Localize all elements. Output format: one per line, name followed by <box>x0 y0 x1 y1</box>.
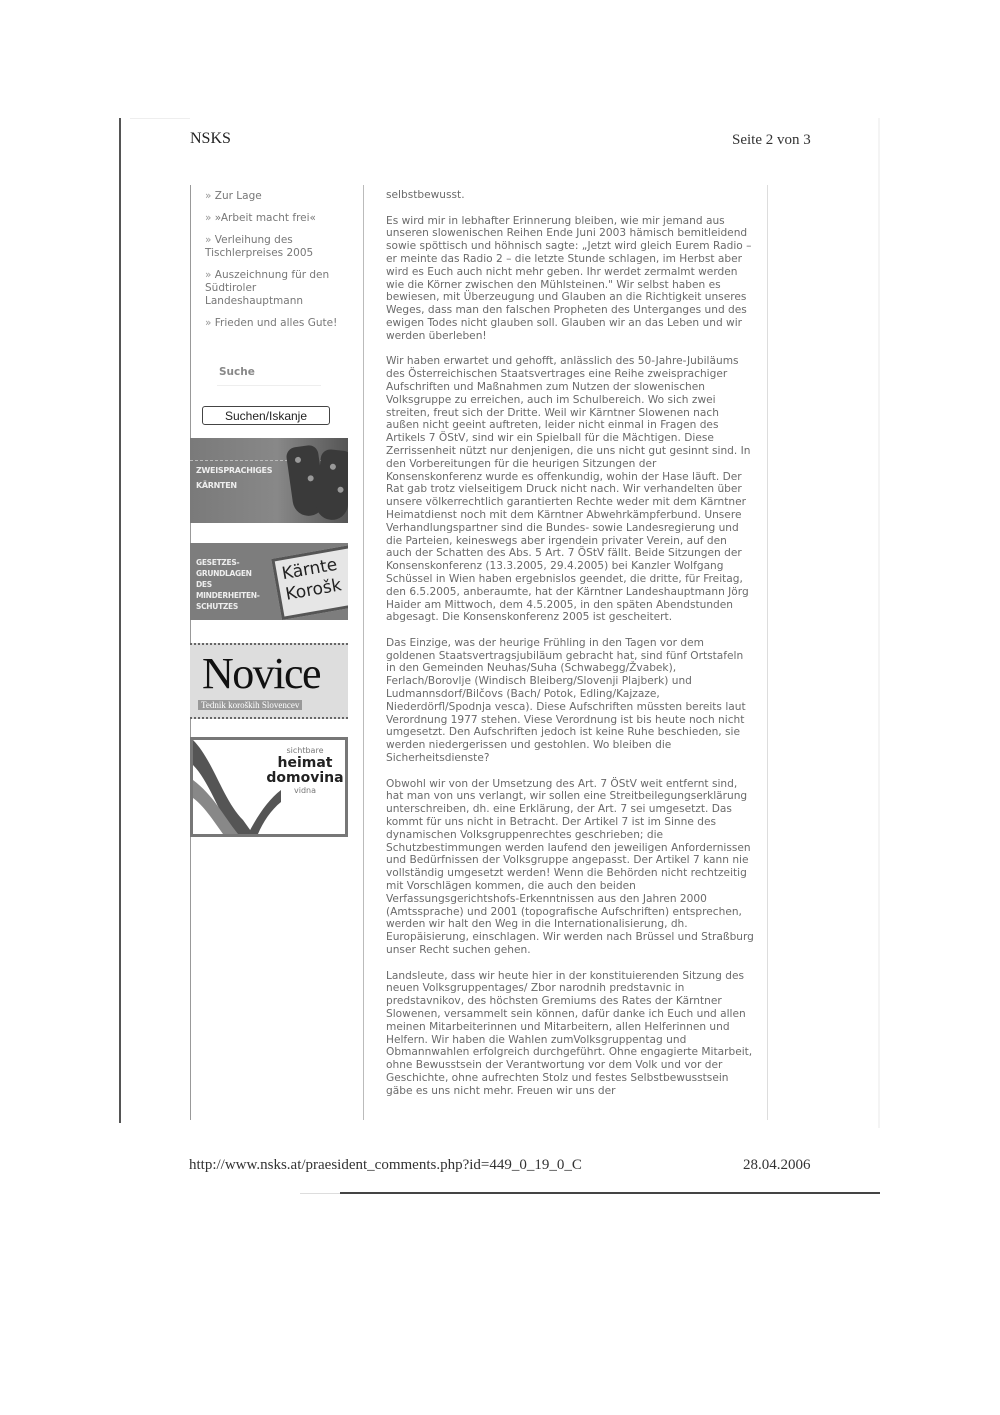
nav-item-label: »Arbeit macht frei« <box>215 212 316 224</box>
article-body: selbstbewusst. Es wird mir in lebhafter … <box>386 189 754 1110</box>
chevron-right-icon: » <box>205 212 211 224</box>
banner-zweisprachiges-kaernten[interactable]: ZWEISPRACHIGES KÄRNTEN <box>190 438 348 523</box>
page-indicator: Seite 2 von 3 <box>732 132 811 149</box>
search-button[interactable]: Suchen/Iskanje <box>202 406 330 425</box>
nav-item-label: Zur Lage <box>215 190 262 202</box>
novice-subtitle: Tednik koroških Slovencev <box>198 700 302 710</box>
article-paragraph: Obwohl wir von der Umsetzung des Art. 7 … <box>386 778 754 957</box>
scan-left-edge <box>119 118 121 1123</box>
novice-logo: Novice <box>202 649 320 699</box>
content-divider-left <box>363 185 364 1120</box>
banner-text: GESETZES- GRUNDLAGEN DES MINDERHEITEN- S… <box>196 557 260 612</box>
sidebar-nav: » Zur Lage » »Arbeit macht frei« » Verle… <box>205 190 345 339</box>
article-paragraph: Wir haben erwartet und gehofft, anlässli… <box>386 355 754 624</box>
scan-bottom-rule <box>340 1192 880 1194</box>
search-input[interactable] <box>217 385 321 407</box>
article-paragraph: selbstbewusst. <box>386 189 754 202</box>
banner-text: ZWEISPRACHIGES KÄRNTEN <box>196 463 272 493</box>
nav-item-auszeichnung[interactable]: » Auszeichnung für den Südtiroler Landes… <box>205 269 345 308</box>
chevron-right-icon: » <box>205 317 211 329</box>
chevron-right-icon: » <box>205 190 211 202</box>
article-paragraph: Es wird mir in lebhafter Erinnerung blei… <box>386 215 754 343</box>
nav-item-zur-lage[interactable]: » Zur Lage <box>205 190 345 203</box>
nav-item-label: Verleihung des Tischlerpreises 2005 <box>205 234 313 259</box>
footer-date: 28.04.2006 <box>743 1157 811 1174</box>
nav-item-tischlerpreis[interactable]: » Verleihung des Tischlerpreises 2005 <box>205 234 345 260</box>
banner-novice[interactable]: Novice Tednik koroških Slovencev <box>190 643 348 719</box>
site-title: NSKS <box>190 130 231 148</box>
article-paragraph: Landsleute, dass wir heute hier in der k… <box>386 970 754 1098</box>
place-name-sign-icon: Kärnte Korošk <box>271 544 348 620</box>
footer-url: http://www.nsks.at/praesident_comments.p… <box>189 1157 582 1174</box>
nav-item-label: Auszeichnung für den Südtiroler Landesha… <box>205 269 329 307</box>
article-paragraph: Das Einzige, was der heurige Frühling in… <box>386 637 754 765</box>
nav-item-label: Frieden und alles Gute! <box>215 317 338 329</box>
search-label: Suche <box>219 366 255 378</box>
nav-item-arbeit-macht-frei[interactable]: » »Arbeit macht frei« <box>205 212 345 225</box>
chevron-right-icon: » <box>205 234 211 246</box>
scan-top-edge <box>130 118 190 119</box>
banner-text: sichtbare heimat domovina vidna <box>265 746 345 796</box>
chevron-right-icon: » <box>205 269 211 281</box>
content-divider-right <box>767 185 768 1120</box>
banner-gesetzesgrundlagen[interactable]: GESETZES- GRUNDLAGEN DES MINDERHEITEN- S… <box>190 543 348 620</box>
scan-right-shadow <box>878 118 880 1128</box>
nav-item-frieden[interactable]: » Frieden und alles Gute! <box>205 317 345 330</box>
banner-sichtbare-heimat[interactable]: sichtbare heimat domovina vidna <box>190 737 348 837</box>
